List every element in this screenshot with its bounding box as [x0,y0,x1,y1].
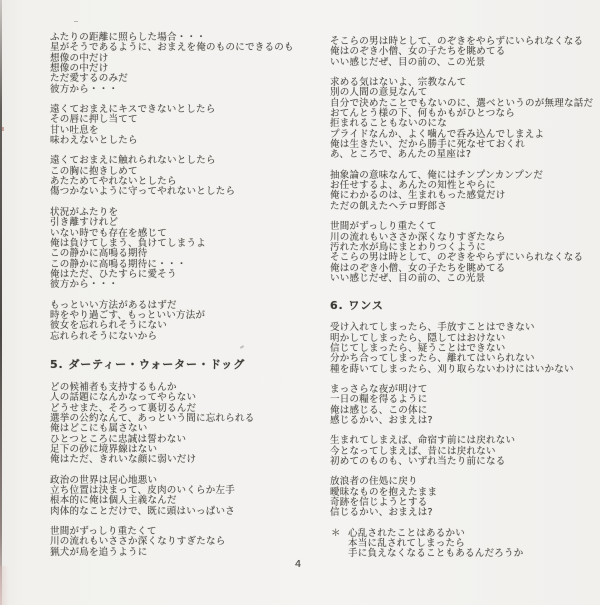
lyric-stanza: 政治の世界は居心地悪い立ち位置は決まって、皮肉のいくらか左手根本的に俺は個人主義… [50,476,325,517]
lyric-stanza: どの候補者も支持するもんか人の話題になんかなってやらないどうせまた、そろって裏切… [50,383,325,466]
lyric-stanza: ふたりの距離に照らした場合・・・星がそうであるように、おまえを俺のものにできるの… [50,33,325,95]
lyric-line: 猟犬が鳥を追うように [50,548,325,558]
lyric-stanza: 状況がふたりを引き離すけれどいない時でも存在を感じて俺は負けてしまう、負けてしま… [50,208,325,291]
lyric-line: 信じるかい、おまえは? [330,508,598,518]
lyric-line: 感じるかい、おまえは? [330,416,598,426]
lyric-line: あ、ところで、あんたの星座は? [330,150,598,160]
lyric-line: 彼方から・・・ [50,85,325,95]
lyric-line: 種を蒔いてしまったら、刈り取らないわけにはいかない [330,365,598,375]
lyric-line: ただの飢えたヘテロ野郎さ [330,202,598,212]
song-title-heading: 6. ワンス [330,299,598,312]
lyric-line: 傷つかないように守ってやれないとしたら [50,187,325,197]
lyrics-column-right: そこらの男は時として、のぞきをやらずにいられなくなる俺はのぞき小僧、女の子たちを… [330,37,598,570]
lyric-stanza: 世間がずっしり重たくて川の流れもいささか深くなりすぎたなら汚れた水が鳥にまとわり… [330,222,598,284]
scan-speck [2,127,4,131]
song-title-heading: 5. ダーティー・ウォーター・ドッグ [50,358,325,371]
lyric-line: いい感じだぜ、目の前の、この光景 [330,58,598,68]
scanned-lyrics-page: ふたりの距離に照らした場合・・・星がそうであるように、おまえを俺のものにできるの… [0,0,600,605]
lyric-line: この静かに高鳴る期待 [50,249,325,259]
scan-edge-shadow [0,0,2,605]
lyric-stanza: 求める気はないよ、宗教なんて別の人間の意見なんて自分で決めたことでもないのに、選… [330,78,598,161]
asterisk-marker: ＊ [331,529,341,539]
lyrics-column-left: ふたりの距離に照らした場合・・・星がそうであるように、おまえを俺のものにできるの… [50,33,325,568]
lyric-stanza: まっさらな夜が明けて一日の糧を得るように俺は感じる、この体に感じるかい、おまえは… [330,385,598,426]
page-number: 4 [288,559,308,570]
lyric-line: 肉体的なことだけで、既に頭はいっぱいさ [50,507,325,517]
lyric-line: 味わえないとしたら [50,136,325,146]
lyric-line: 手に負えなくなることもあるんだろうか [348,549,598,559]
lyric-stanza: 遠くておまえに触れられないとしたらこの胸に抱きしめてあたためてやれないとしたら傷… [50,156,325,197]
lyric-line: そこらの男は時として、のぞきをやらずにいられなくなる [330,253,598,263]
scan-corner-artifact [0,566,9,605]
lyric-line: 俺はただ、きれいな顔に弱いだけ [50,455,325,465]
lyric-stanza: ＊心乱されたことはあるかい本当に乱されてしまったら手に負えなくなることもあるんだ… [330,529,598,560]
lyric-stanza: 世間がずっしり重たくて川の流れもいささか深くなりすぎたなら猟犬が鳥を追うように [50,527,325,558]
lyric-line: 初めてのものも、いずれ当たり前になる [330,457,598,467]
lyric-line: 受け入れてしまったら、手放すことはできない [330,323,598,333]
lyric-line: 世間がずっしり重たくて [330,222,598,232]
lyric-stanza: 受け入れてしまったら、手放すことはできない明かしてしまったら、隠してはおけない信… [330,323,598,375]
lyric-stanza: 放浪者の住処に戻り曖昧なものを抱えたまま奇跡を信じようとする信じるかい、おまえは… [330,477,598,518]
lyric-line: 彼方から・・・ [50,280,325,290]
lyric-stanza: もっといい方法があるはずだ時をやり過ごす、もっといい方法が彼女を忘れられそうにな… [50,301,325,342]
lyric-stanza: 抽象論の意味なんて、俺にはチンプンカンプンだお任せするよ、あんたの知性とやらに俺… [330,171,598,212]
lyric-line: いい感じだぜ、目の前の、この光景 [330,274,598,284]
lyric-line: 忘れられそうにないから [50,332,325,342]
lyric-stanza: 生まれてしまえば、命宿す前には戻れない今となってしまえば、昔には戻れない初めての… [330,436,598,467]
scan-speck [74,21,78,22]
lyric-stanza: そこらの男は時として、のぞきをやらずにいられなくなる俺はのぞき小僧、女の子たちを… [330,37,598,68]
lyric-line: 引き離すけれど [50,218,325,228]
lyric-stanza: 遠くておまえにキスできないとしたらその唇に押し当てて甘い吐息を味わえないとしたら [50,105,325,146]
